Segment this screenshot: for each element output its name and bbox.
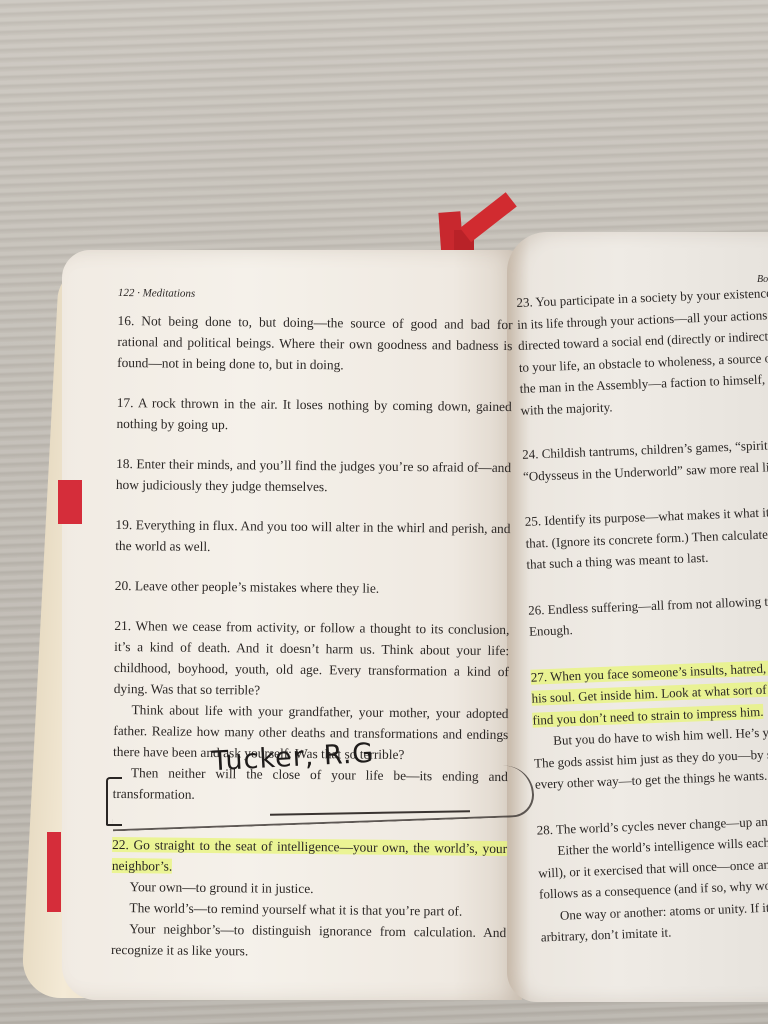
entry-19: 19. Everything in flux. And you too will… <box>115 514 510 560</box>
entry-17: 17. A rock thrown in the air. It loses n… <box>116 392 511 438</box>
entry-22: 22. Go straight to the seat of intellige… <box>112 834 507 880</box>
right-page-text: 23. You participate in a society by your… <box>516 281 768 948</box>
entry-22-cont-3: Your neighbor’s—to distinguish ignorance… <box>111 918 506 964</box>
entry-26: 26. Endless suffering—all from not allow… <box>528 589 768 643</box>
entry-24: 24. Childish tantrums, children’s games,… <box>522 433 768 487</box>
entry-20: 20. Leave other people’s mistakes where … <box>115 575 510 600</box>
entry-25: 25. Identify its purpose—what makes it w… <box>524 500 768 575</box>
entry-21: 21. When we cease from activity, or foll… <box>114 615 510 703</box>
entry-28: 28. The world’s cycles never change—up a… <box>536 808 768 948</box>
left-page-text: 122 · Meditations 16. Not being done to,… <box>111 283 513 964</box>
entry-27-cont: But you do have to wish him well. He’s y… <box>533 720 768 795</box>
entry-18: 18. Enter their minds, and you’ll find t… <box>116 453 511 499</box>
entry-16: 16. Not being done to, but doing—the sou… <box>117 310 513 377</box>
red-side-tab <box>47 832 61 912</box>
entry-23: 23. You participate in a society by your… <box>516 281 768 421</box>
red-side-tab <box>58 480 82 524</box>
entry-27: 27. When you face someone’s insults, hat… <box>530 655 768 730</box>
running-head: 122 · Meditations <box>118 283 513 308</box>
highlighted-text: 22. Go straight to the seat of intellige… <box>112 837 507 874</box>
